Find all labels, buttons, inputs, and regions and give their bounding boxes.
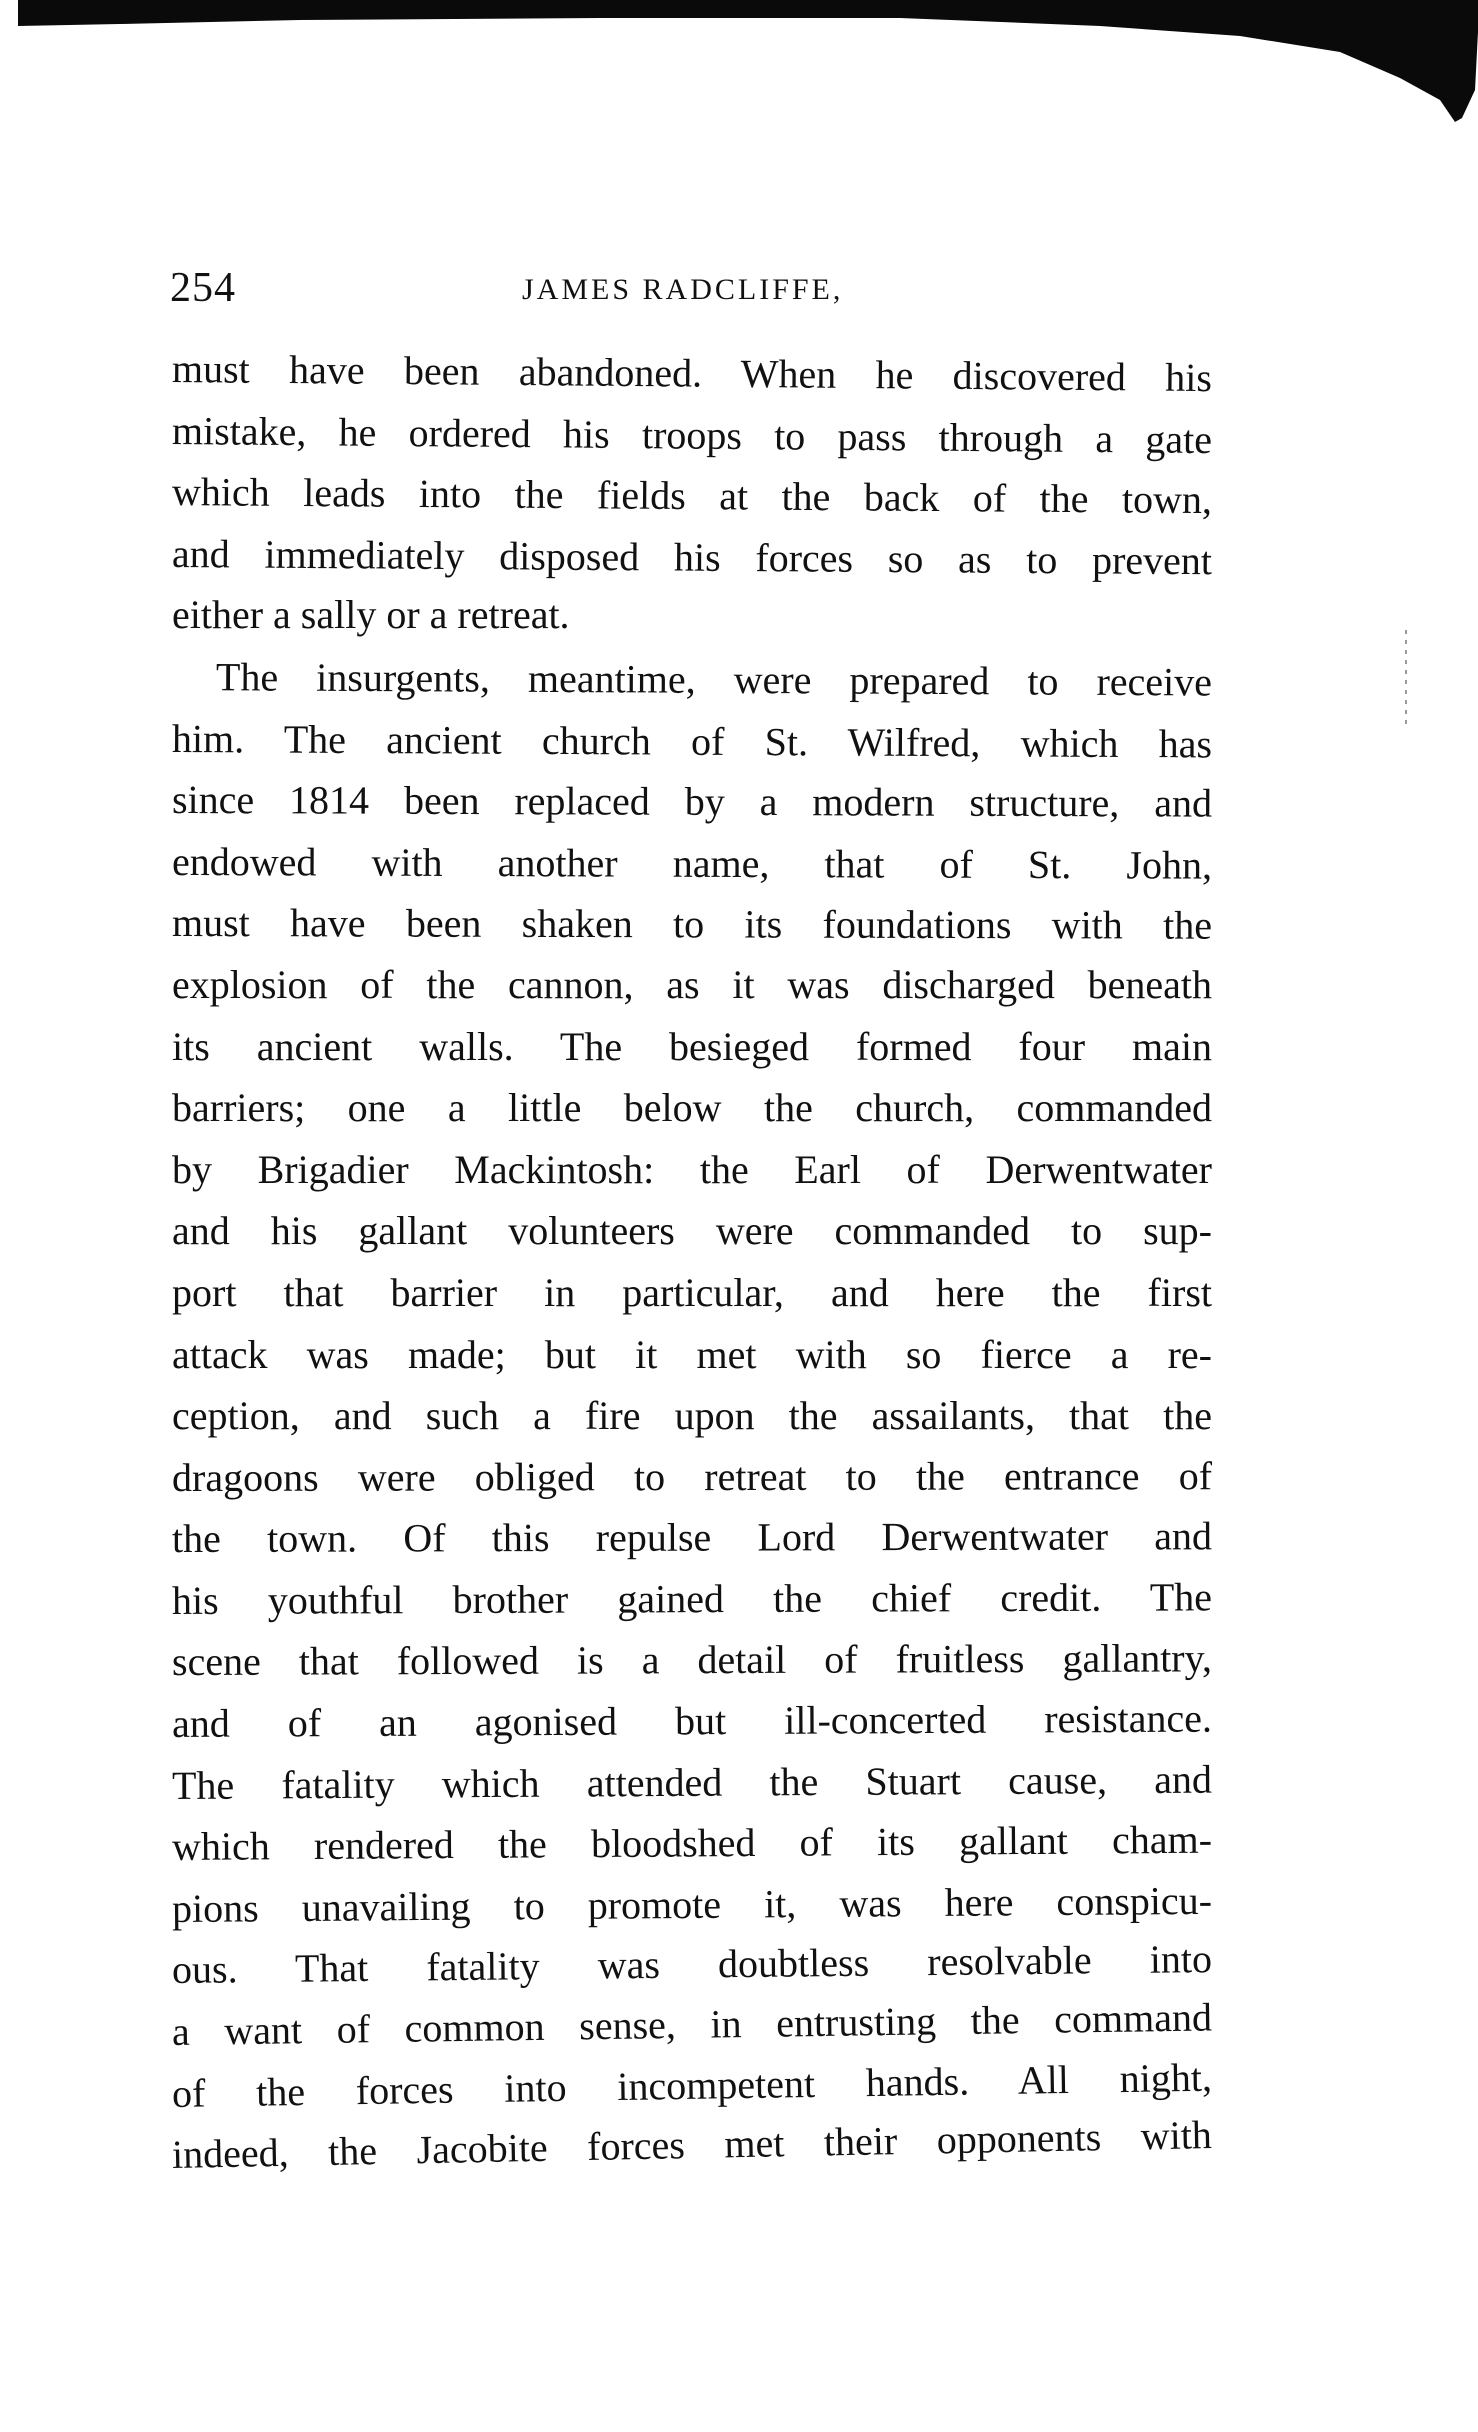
body-text: must have been abandoned. When he discov…: [172, 338, 1212, 2186]
scan-shadow-edge: [0, 0, 1478, 130]
text-line: must have been abandoned. When he discov…: [172, 338, 1212, 409]
running-head: JAMES RADCLIFFE,: [522, 260, 843, 320]
paragraph-start-line: The insurgents, meantime, were prepared …: [172, 646, 1212, 713]
text-line: mistake, he ordered his troops to pass t…: [172, 400, 1212, 471]
text-line: which leads into the fields at the back …: [172, 461, 1212, 531]
margin-scan-mark: [1405, 630, 1407, 730]
text-line: must have been shaken to its foundations…: [172, 892, 1212, 956]
text-line: and immediately disposed his forces so a…: [172, 523, 1212, 592]
text-line: his youthful brother gained the chief cr…: [172, 1566, 1212, 1631]
text-line: since 1814 been replaced by a modern str…: [172, 769, 1212, 834]
page-header: 254 JAMES RADCLIFFE,: [170, 258, 1210, 318]
text-line: ception, and such a fire upon the assail…: [172, 1385, 1212, 1447]
text-line: scene that followed is a detail of fruit…: [172, 1628, 1212, 1693]
text-line: its ancient walls. The besieged formed f…: [172, 1016, 1212, 1078]
text-line: the town. Of this repulse Lord Derwentwa…: [172, 1506, 1212, 1570]
text-line: port that barrier in particular, and her…: [172, 1262, 1212, 1324]
text-line: explosion of the cannon, as it was disch…: [172, 954, 1212, 1016]
text-line: attack was made; but it met with so fier…: [172, 1324, 1212, 1386]
text-line: him. The ancient church of St. Wilfred, …: [172, 708, 1212, 775]
text-line: The fatality which attended the Stuart c…: [172, 1748, 1212, 1816]
text-line: by Brigadier Mackintosh: the Earl of Der…: [172, 1139, 1212, 1201]
text-line: barriers; one a little below the church,…: [172, 1077, 1212, 1139]
text-line: either a sally or a retreat.: [172, 584, 1212, 646]
page-number: 254: [170, 258, 236, 318]
text-line: which rendered the bloodshed of its gall…: [172, 1809, 1212, 1878]
text-line: endowed with another name, that of St. J…: [172, 831, 1212, 896]
text-line: and his gallant volunteers were commande…: [172, 1200, 1212, 1262]
text-line: dragoons were obliged to retreat to the …: [172, 1445, 1212, 1508]
text-line: and of an agonised but ill-concerted res…: [172, 1688, 1212, 1755]
